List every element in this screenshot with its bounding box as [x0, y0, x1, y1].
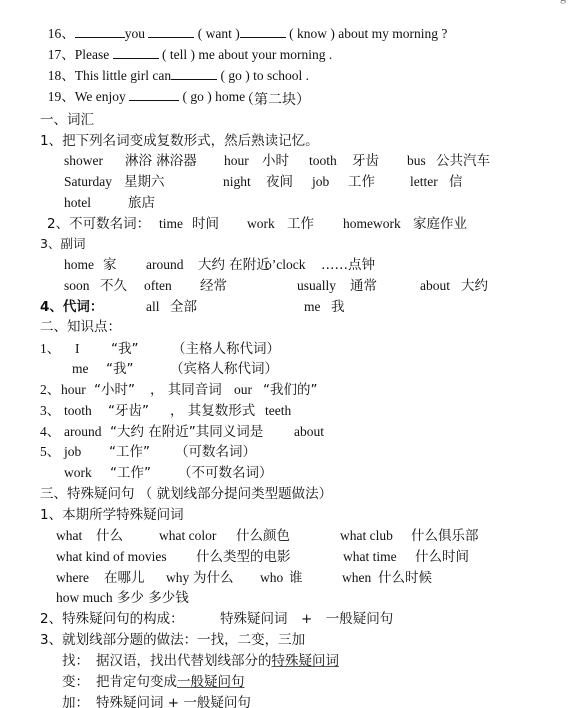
word-zh: 工作 [348, 173, 375, 191]
word-en: hour [224, 152, 249, 170]
exercise-text: We enjoy [75, 89, 126, 104]
exercise-number: 19、 [48, 89, 75, 104]
word-zh: 我 [331, 298, 345, 316]
point-note: （可数名词） [175, 443, 256, 461]
word-en: tooth [309, 152, 337, 170]
word-zh: 什么时候 [378, 569, 432, 587]
word-en: time [159, 215, 183, 233]
word-en: where [56, 569, 89, 587]
word-zh: 星期六 [124, 173, 165, 191]
word-zh: 信 [449, 173, 463, 191]
section-heading-vocabulary: 一、词汇 [40, 111, 94, 129]
word-en: about [294, 423, 324, 441]
word-en: around [64, 423, 102, 441]
word-zh: 旅店 [128, 194, 155, 212]
word-zh: 经常 [200, 277, 227, 295]
word-en: hotel [64, 194, 91, 212]
word-zh: 为什么 [193, 569, 234, 587]
word-zh: 多少 多少钱 [117, 589, 189, 607]
section-heading-wh-questions: 三、特殊疑问句 （ 就划线部分提问类型题做法） [40, 485, 332, 503]
word-en: I [75, 340, 80, 358]
word-en: tooth [64, 402, 92, 420]
word-en: me [304, 298, 321, 316]
word-zh: “我们的” [263, 381, 318, 399]
word-zh: 全部 [170, 298, 197, 316]
word-en: shower [64, 152, 103, 170]
word-zh: 谁 [289, 569, 303, 587]
item-label: 4、代词： [40, 298, 103, 316]
word-zh: 什么类型的电影 [196, 548, 291, 566]
word-zh: “小时” [94, 381, 135, 399]
word-en: bus [407, 152, 426, 170]
word-en: all [146, 298, 160, 316]
word-en: teeth [265, 402, 291, 420]
word-zh: 什么颜色 [236, 527, 290, 545]
word-zh: 大约 [461, 277, 488, 295]
word-en: why [166, 569, 189, 587]
word-en: me [72, 360, 89, 378]
word-en: soon [64, 277, 90, 295]
point-number: 4、 [40, 423, 60, 441]
item-label: 3、副词 [40, 235, 85, 253]
formula: 特殊疑问词 + 一般疑问句 [220, 610, 393, 628]
word-en: how much [56, 589, 113, 607]
item-label: 2、特殊疑问句的构成： [40, 610, 184, 628]
word-en: what kind of movies [56, 548, 167, 566]
word-zh: ……点钟 [321, 256, 375, 274]
step-key: 加： [62, 694, 89, 708]
word-zh: 通常 [350, 277, 377, 295]
word-zh: 什么时间 [415, 548, 469, 566]
word-zh: 家 [103, 256, 117, 274]
word-en: who [260, 569, 283, 587]
word-zh: 什么 [96, 527, 123, 545]
item-label: 2、不可数名词： [47, 215, 150, 233]
word-zh: 不久 [100, 277, 127, 295]
word-en: Saturday [64, 173, 112, 191]
word-zh: 小时 [262, 152, 289, 170]
clipped-corner-text: g [560, 0, 566, 5]
word-zh: “大约 在附近”其同义词是 [110, 423, 263, 441]
item-label: 3、就划线部分题的做法：一找，二变，三加 [40, 631, 305, 649]
word-zh: 时间 [192, 215, 219, 233]
point-note: （不可数名词） [178, 464, 273, 482]
word-zh: 工作 [287, 215, 314, 233]
word-zh: 牙齿 [352, 152, 379, 170]
word-zh: 家庭作业 [413, 215, 467, 233]
step-text: 特殊疑问词 + 一般疑问句 [96, 694, 251, 708]
word-en: homework [343, 215, 401, 233]
word-en: our [234, 381, 252, 399]
step-key: 变： [62, 673, 89, 691]
word-en: work [64, 464, 92, 482]
point-note: （宾格人称代词） [170, 360, 278, 378]
word-en: hour [61, 381, 86, 399]
word-zh: 公共汽车 [436, 152, 490, 170]
word-en: job [64, 443, 81, 461]
word-zh: 夜间 [266, 173, 293, 191]
point-note: ， 其复数形式 [170, 402, 255, 420]
word-en: job [312, 173, 329, 191]
item-title: 1、把下列名词变成复数形式，然后熟读记忆。 [40, 132, 319, 150]
point-number: 3、 [40, 402, 60, 420]
word-zh: “牙齿” [108, 402, 149, 420]
answer-blank[interactable] [129, 88, 179, 101]
word-en: often [144, 277, 172, 295]
point-number: 1、 [40, 340, 60, 358]
item-title: 1、本期所学特殊疑问词 [40, 506, 184, 524]
word-zh: 大约 在附近 [198, 256, 270, 274]
section-heading-knowledge-points: 二、知识点： [40, 318, 121, 336]
step-text: 据汉语，找出代替划线部分的特殊疑问词 [96, 652, 339, 670]
point-note: （主格人称代词） [172, 340, 280, 358]
word-zh: 什么俱乐部 [411, 527, 479, 545]
point-note: ， 其同音词 [150, 381, 222, 399]
word-en: home [64, 256, 94, 274]
word-zh: “我” [111, 340, 139, 358]
word-en: about [420, 277, 450, 295]
point-number: 2、 [40, 381, 60, 399]
word-en: usually [297, 277, 336, 295]
word-en: night [223, 173, 251, 191]
block-title: （第二块） [240, 91, 310, 109]
word-en: letter [410, 173, 438, 191]
word-en: what time [343, 548, 397, 566]
word-en: work [247, 215, 275, 233]
step-text-underlined: 一般疑问句 [177, 674, 245, 690]
step-text-underlined: 特殊疑问词 [272, 653, 340, 669]
step-key: 找： [62, 652, 89, 670]
word-en: what color [159, 527, 216, 545]
word-en: when [342, 569, 371, 587]
word-zh: 在哪儿 [104, 569, 145, 587]
step-text-plain: 把肯定句变成 [96, 674, 177, 690]
word-zh: “工作” [109, 443, 150, 461]
word-en: o’clock [265, 256, 305, 274]
step-text-plain: 据汉语，找出代替划线部分的 [96, 653, 272, 669]
exercise-19: 19、We enjoy ( go ) home . [41, 70, 252, 106]
step-text: 把肯定句变成一般疑问句 [96, 673, 245, 691]
point-number: 5、 [40, 443, 60, 461]
word-zh: “工作” [110, 464, 151, 482]
word-zh: “我” [106, 360, 134, 378]
word-en: around [146, 256, 184, 274]
word-en: what [56, 527, 82, 545]
word-zh: 淋浴 淋浴器 [125, 152, 197, 170]
word-en: what club [340, 527, 393, 545]
